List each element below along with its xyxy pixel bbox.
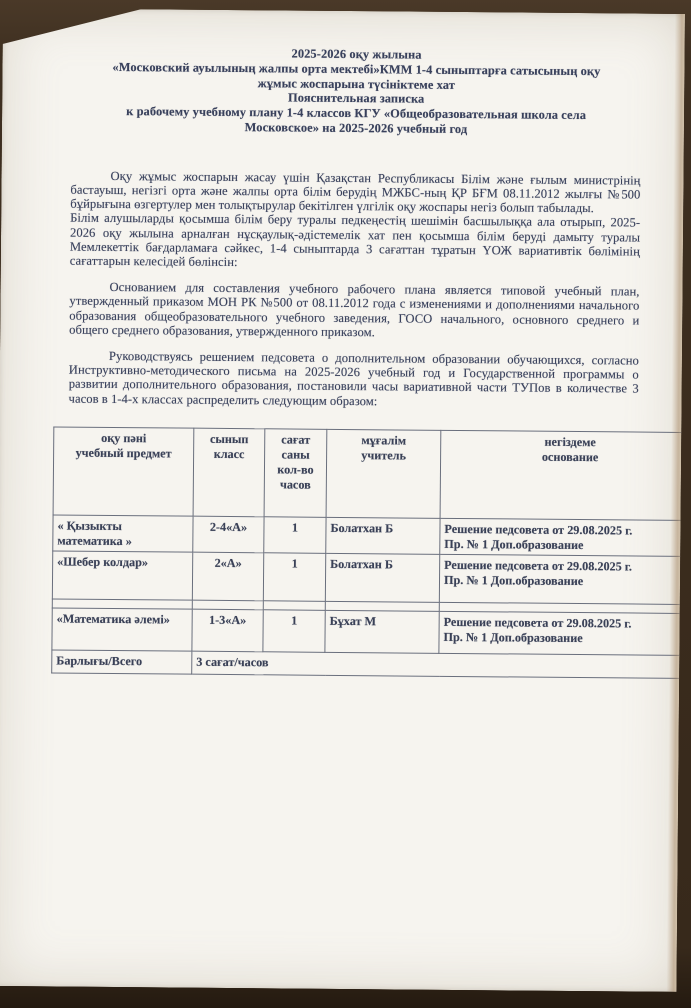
cell-hours: 1 xyxy=(263,610,325,653)
cell-subject: « Қызыкты математика » xyxy=(53,515,193,552)
cell-teacher: Болатхан Б xyxy=(326,517,440,554)
header-teacher-ru: учитель xyxy=(331,448,436,464)
total-value: 3 сағат/часов xyxy=(192,651,691,678)
header-class-kk: сынып xyxy=(198,432,260,448)
paragraph: Основанием для составления учебного рабо… xyxy=(69,280,639,342)
basis-line: Пр. № 1 Доп.образование xyxy=(443,630,691,647)
header-hours-line: часов xyxy=(269,477,322,492)
table-header-row: оқу пәні учебный предмет сынып класс сағ… xyxy=(53,427,691,521)
cell-class: 1-3«А» xyxy=(192,609,263,652)
header-hours: сағат саны кол-во часов xyxy=(264,429,327,518)
header-class: сынып класс xyxy=(193,428,265,517)
basis-line: Пр. № 1 Доп.образование xyxy=(444,537,691,554)
header-hours-line: саны xyxy=(269,447,322,462)
cell-subject: «Математика әлемі» xyxy=(52,608,192,651)
photo-scan-background: { "colors": { "background_wood": "#3e2f2… xyxy=(0,0,691,1008)
header-teacher: мұғалім учитель xyxy=(326,429,441,518)
cell-basis: Решение педсовета от 29.08.2025 г. Пр. №… xyxy=(439,611,691,655)
header-subject: оқу пәні учебный предмет xyxy=(53,427,194,516)
schedule-table: оқу пәні учебный предмет сынып класс сағ… xyxy=(51,426,691,679)
header-basis: негіздеме основание xyxy=(440,430,691,520)
basis-line: Пр. № 1 Доп.образование xyxy=(444,573,691,590)
cell-class: 2«А» xyxy=(192,552,263,601)
cell-hours: 1 xyxy=(263,553,325,602)
header-hours-line: сағат xyxy=(269,432,322,447)
page-content: 2025-2026 оқу жылына «Московский ауылыны… xyxy=(0,8,685,679)
body-text: Оқу жұмыс жоспарын жасау үшін Қазақстан … xyxy=(69,168,641,410)
paragraph: Руководствуясь решением педсовета о допо… xyxy=(69,349,639,411)
cell-teacher: Болатхан Б xyxy=(325,553,439,602)
paragraph: Білім алушыларды қосымша білім беру тура… xyxy=(70,211,640,273)
paragraph: Оқу жұмыс жоспарын жасау үшін Қазақстан … xyxy=(70,168,640,216)
header-subject-ru: учебный предмет xyxy=(58,445,189,461)
cell-teacher: Бұхат М xyxy=(325,610,439,653)
header-class-ru: класс xyxy=(198,447,260,463)
cell-basis: Решение педсовета от 29.08.2025 г. Пр. №… xyxy=(440,518,691,556)
header-basis-ru: основание xyxy=(445,449,691,466)
table-total-row: Барлығы/Всего 3 сағат/часов xyxy=(52,650,691,679)
header-subject-kk: оқу пәні xyxy=(58,430,189,446)
total-label: Барлығы/Всего xyxy=(52,650,192,674)
table-row: «Шебер колдар» 2«А» 1 Болатхан Б Решение… xyxy=(52,551,691,605)
cell-subject: «Шебер колдар» xyxy=(52,551,192,600)
cell-hours: 1 xyxy=(264,517,326,554)
document-title: 2025-2026 оқу жылына «Московский ауылыны… xyxy=(71,45,642,139)
table-row: «Математика әлемі» 1-3«А» 1 Бұхат М Реше… xyxy=(52,608,691,656)
cell-class: 2-4«А» xyxy=(193,516,264,553)
document-page: 2025-2026 оқу жылына «Московский ауылыны… xyxy=(0,8,685,992)
table-row: « Қызыкты математика » 2-4«А» 1 Болатхан… xyxy=(53,515,691,557)
cell-basis: Решение педсовета от 29.08.2025 г. Пр. №… xyxy=(439,554,691,604)
header-hours-line: кол-во xyxy=(269,462,322,477)
header-teacher-kk: мұғалім xyxy=(331,433,436,449)
